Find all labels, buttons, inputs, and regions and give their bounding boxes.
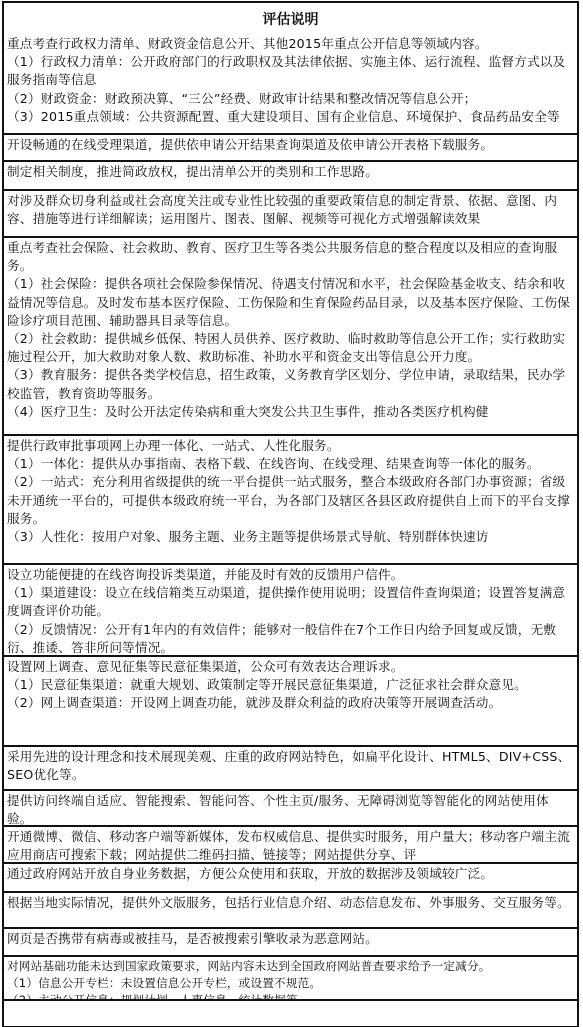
row-text-line: 开设畅通的在线受理渠道，提供依申请公开结果查询渠道及依申请公开表格下载服务。 bbox=[7, 136, 574, 154]
row-text-line: （2）社会救助：提供城乡低保、特困人员供养、医疗救助、临时救助等信息公开工作；实… bbox=[7, 330, 574, 366]
table-row bbox=[4, 999, 577, 1026]
row-text-line: （1）民意征集渠道：就重大规划、政策制定等开展民意征集渠道，广泛征求社会群众意见… bbox=[7, 676, 574, 694]
table-row: 设立功能便捷的在线咨询投诉类渠道，并能及时有效的反馈用户信件。（1）渠道建设：设… bbox=[4, 563, 577, 655]
table-row: 设置网上调查、意见征集等民意征集渠道，公众可有效表达合理诉求。（1）民意征集渠道… bbox=[4, 655, 577, 745]
row-text-line: （2）网上调查渠道：开设网上调查功能，就涉及群众利益的政府决策等开展调查活动。 bbox=[7, 694, 574, 712]
table-row: 对涉及群众切身利益或社会高度关注或专业性比较强的重要政策信息的制定背景、依据、意… bbox=[4, 189, 577, 236]
table-body: 重点考查行政权力清单、财政资金信息公开、其他2015年重点公开信息等领域内容。（… bbox=[4, 34, 577, 1026]
row-text-line: 提供访问终端自适应、智能搜索、智能问答、个性主页/服务、无障碍浏览等智能化的网站… bbox=[7, 792, 574, 825]
row-text-line: （4）医疗卫生：及时公开法定传染病和重大突发公共卫生事件，推动各类医疗机构健 bbox=[7, 403, 574, 421]
row-text-line: 制定相关制度，推进简政放权，提出清单公开的类别和工作思路。 bbox=[7, 163, 574, 181]
row-text-line: （1）渠道建设：设立在线信箱类互动渠道，提供操作使用说明；设置信件查询渠道；设置… bbox=[7, 584, 574, 620]
table-row: 开设畅通的在线受理渠道，提供依申请公开结果查询渠道及依申请公开表格下载服务。 bbox=[4, 133, 577, 160]
header-title: 评估说明 bbox=[263, 9, 319, 29]
table-row: 采用先进的设计理念和技术展现美观、庄重的政府网站特色，如扁平化设计、HTML5、… bbox=[4, 745, 577, 789]
row-text-line: 采用先进的设计理念和技术展现美观、庄重的政府网站特色，如扁平化设计、HTML5、… bbox=[7, 748, 574, 784]
table-header: 评估说明 bbox=[4, 3, 577, 34]
row-text-line: 通过政府网站开放自身业务数据，方便公众使用和获取，开放的数据涉及领域较广泛。 bbox=[7, 865, 574, 883]
table-row: 提供行政审批事项网上办理一体化、一站式、人性化服务。（1）一体化：提供从办事指南… bbox=[4, 434, 577, 563]
row-text-line: （2）反馈情况：公开有1年内的有效信件；能够对一般信件在7个工作日内给予回复或反… bbox=[7, 621, 574, 655]
row-text-line: （1）一体化：提供从办事指南、表格下载、在线咨询、在线受理、结果查询等一体化的服… bbox=[7, 455, 574, 473]
row-text-line: （2）主动公开信息：规划计划、人事信息、统计数据等 bbox=[7, 992, 574, 999]
row-text-line: （1）信息公开专栏：未设置信息公开专栏，或设置不规范。 bbox=[7, 975, 574, 992]
row-text-line: 设立功能便捷的在线咨询投诉类渠道，并能及时有效的反馈用户信件。 bbox=[7, 566, 574, 584]
table-row: 通过政府网站开放自身业务数据，方便公众使用和获取，开放的数据涉及领域较广泛。 bbox=[4, 862, 577, 891]
row-text-line: 重点考查社会保险、社会救助、教育、医疗卫生等各类公共服务信息的整合程度以及相应的… bbox=[7, 239, 574, 275]
row-text-line: （3）人性化：按用户对象、服务主题、业务主题等提供场景式导航、特别群体快速访 bbox=[7, 528, 574, 546]
row-text-line: （1）社会保险：提供各项社会保险参保情况、待遇支付情况和水平，社会保险基金收支、… bbox=[7, 275, 574, 330]
row-text-line: （3）教育服务：提供各类学校信息，招生政策，义务教育学区划分、学位申请，录取结果… bbox=[7, 366, 574, 402]
row-text-line: 根据当地实际情况，提供外文版服务，包括行业信息介绍、动态信息发布、外事服务、交互… bbox=[7, 894, 574, 912]
row-text-line: （2）财政资金：财政预决算、“三公”经费、财政审计结果和整改情况等信息公开； bbox=[7, 90, 574, 108]
row-text-line: 重点考查行政权力清单、财政资金信息公开、其他2015年重点公开信息等领域内容。 bbox=[7, 35, 574, 53]
row-text-line: 设置网上调查、意见征集等民意征集渠道，公众可有效表达合理诉求。 bbox=[7, 658, 574, 676]
row-text-line: 对涉及群众切身利益或社会高度关注或专业性比较强的重要政策信息的制定背景、依据、意… bbox=[7, 192, 574, 228]
table-row: 制定相关制度，推进简政放权，提出清单公开的类别和工作思路。 bbox=[4, 160, 577, 189]
row-text-line: （2）一站式：充分利用省级提供的统一平台提供一站式服务，整合本级政府各部门办事资… bbox=[7, 473, 574, 528]
table-row: 提供访问终端自适应、智能搜索、智能问答、个性主页/服务、无障碍浏览等智能化的网站… bbox=[4, 789, 577, 825]
table-row: 对网站基础功能未达到国家政策要求，网站内容未达到全国政府网站普查要求给予一定减分… bbox=[4, 955, 577, 999]
row-text-line: 网页是否携带有病毒或被挂马，是否被搜索引擎收录为恶意网站。 bbox=[7, 930, 574, 948]
row-text-line: 开通微博、微信、移动客户端等新媒体，发布权威信息、提供实时服务，用户量大；移动客… bbox=[7, 828, 574, 862]
table-row: 网页是否携带有病毒或被挂马，是否被搜索引擎收录为恶意网站。 bbox=[4, 927, 577, 955]
row-text-line: （1）行政权力清单：公开政府部门的行政职权及其法律依据、实施主体、运行流程、监督… bbox=[7, 53, 574, 89]
row-text-line: 对网站基础功能未达到国家政策要求，网站内容未达到全国政府网站普查要求给予一定减分… bbox=[7, 958, 574, 975]
row-text-line: 提供行政审批事项网上办理一体化、一站式、人性化服务。 bbox=[7, 437, 574, 455]
table-row: 开通微博、微信、移动客户端等新媒体，发布权威信息、提供实时服务，用户量大；移动客… bbox=[4, 825, 577, 862]
evaluation-table: 评估说明 重点考查行政权力清单、财政资金信息公开、其他2015年重点公开信息等领… bbox=[2, 1, 579, 1027]
table-row: 重点考查行政权力清单、财政资金信息公开、其他2015年重点公开信息等领域内容。（… bbox=[4, 34, 577, 133]
table-row: 根据当地实际情况，提供外文版服务，包括行业信息介绍、动态信息发布、外事服务、交互… bbox=[4, 891, 577, 927]
row-text-line: （3）2015重点领域：公共资源配置、重大建设项目、国有企业信息、环境保护、食品… bbox=[7, 108, 574, 126]
table-row: 重点考查社会保险、社会救助、教育、医疗卫生等各类公共服务信息的整合程度以及相应的… bbox=[4, 236, 577, 434]
